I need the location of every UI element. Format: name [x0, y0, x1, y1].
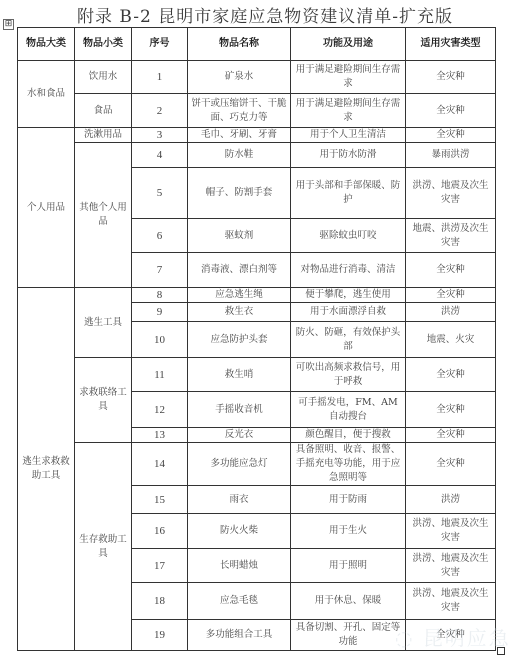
- item-name-cell: 反光衣: [188, 428, 291, 443]
- item-name-cell: 帽子、防割手套: [188, 168, 291, 219]
- hazard-type-cell: 全灾种: [406, 61, 496, 94]
- function-cell: 用于防雨: [291, 486, 406, 514]
- function-cell: 用于生火: [291, 514, 406, 549]
- subcategory-cell: 洗漱用品: [75, 128, 132, 143]
- number-cell: 15: [132, 486, 188, 514]
- number-cell: 5: [132, 168, 188, 219]
- item-name-cell: 长明蜡烛: [188, 549, 291, 583]
- table-row: 食品2饼干或压缩饼干、干脆面、巧克力等用于满足避险期间生存需求全灾种: [18, 94, 496, 128]
- item-name-cell: 手摇收音机: [188, 392, 291, 428]
- subcategory-cell: 食品: [75, 94, 132, 128]
- number-cell: 6: [132, 219, 188, 253]
- function-cell: 用于个人卫生清洁: [291, 128, 406, 143]
- header-subcategory: 物品小类: [75, 28, 132, 61]
- table-row: 逃生求救救助工具逃生工具8应急逃生绳便于攀爬，逃生使用全灾种: [18, 288, 496, 303]
- subcategory-cell: 饮用水: [75, 61, 132, 94]
- subcategory-cell: 生存救助工具: [75, 443, 132, 651]
- header-category: 物品大类: [18, 28, 75, 61]
- item-name-cell: 雨衣: [188, 486, 291, 514]
- hazard-type-cell: 全灾种: [406, 358, 496, 392]
- item-name-cell: 救生衣: [188, 303, 291, 322]
- table-row: 其他个人用品4防水鞋用于防水防滑暴雨洪涝: [18, 143, 496, 168]
- table-row: 生存救助工具14多功能应急灯具备照明、收音、报警、手摇充电等功能，用于应急照明等…: [18, 443, 496, 486]
- hazard-type-cell: 暴雨洪涝: [406, 143, 496, 168]
- item-name-cell: 多功能组合工具: [188, 620, 291, 651]
- number-cell: 1: [132, 61, 188, 94]
- function-cell: 用于水面漂浮自救: [291, 303, 406, 322]
- number-cell: 10: [132, 322, 188, 358]
- emergency-supplies-table: 物品大类 物品小类 序号 物品名称 功能及用途 适用灾害类型 水和食品饮用水1矿…: [17, 27, 496, 651]
- hazard-type-cell: 全灾种: [406, 253, 496, 288]
- function-cell: 防火、防砸，有效保护头部: [291, 322, 406, 358]
- table-row: 个人用品洗漱用品3毛巾、牙刷、牙膏用于个人卫生清洁全灾种: [18, 128, 496, 143]
- hazard-type-cell: 全灾种: [406, 128, 496, 143]
- hazard-type-cell: 全灾种: [406, 288, 496, 303]
- hazard-type-cell: 全灾种: [406, 94, 496, 128]
- table-resize-handle[interactable]: [497, 647, 505, 655]
- number-cell: 19: [132, 620, 188, 651]
- number-cell: 3: [132, 128, 188, 143]
- item-name-cell: 矿泉水: [188, 61, 291, 94]
- number-cell: 18: [132, 583, 188, 620]
- function-cell: 具备照明、收音、报警、手摇充电等功能，用于应急照明等: [291, 443, 406, 486]
- number-cell: 4: [132, 143, 188, 168]
- function-cell: 用于满足避险期间生存需求: [291, 61, 406, 94]
- function-cell: 驱除蚊虫叮咬: [291, 219, 406, 253]
- item-name-cell: 应急逃生绳: [188, 288, 291, 303]
- hazard-type-cell: 全灾种: [406, 428, 496, 443]
- number-cell: 7: [132, 253, 188, 288]
- hazard-type-cell: 地震、洪涝及次生灾害: [406, 219, 496, 253]
- item-name-cell: 毛巾、牙刷、牙膏: [188, 128, 291, 143]
- hazard-type-cell: 洪涝: [406, 486, 496, 514]
- item-name-cell: 多功能应急灯: [188, 443, 291, 486]
- function-cell: 颜色醒目，便于搜救: [291, 428, 406, 443]
- function-cell: 可吹出高频求救信号，用于呼救: [291, 358, 406, 392]
- number-cell: 16: [132, 514, 188, 549]
- hazard-type-cell: 全灾种: [406, 392, 496, 428]
- item-name-cell: 防水鞋: [188, 143, 291, 168]
- number-cell: 8: [132, 288, 188, 303]
- function-cell: 用于防水防滑: [291, 143, 406, 168]
- item-name-cell: 应急毛毯: [188, 583, 291, 620]
- hazard-type-cell: 全灾种: [406, 443, 496, 486]
- number-cell: 12: [132, 392, 188, 428]
- hazard-type-cell: 洪涝: [406, 303, 496, 322]
- number-cell: 14: [132, 443, 188, 486]
- header-function: 功能及用途: [291, 28, 406, 61]
- table-header-row: 物品大类 物品小类 序号 物品名称 功能及用途 适用灾害类型: [18, 28, 496, 61]
- header-hazard-type: 适用灾害类型: [406, 28, 496, 61]
- subcategory-cell: 逃生工具: [75, 288, 132, 358]
- subcategory-cell: 其他个人用品: [75, 143, 132, 288]
- hazard-type-cell: 洪涝、地震及次生灾害: [406, 514, 496, 549]
- category-cell: 个人用品: [18, 128, 75, 288]
- function-cell: 对物品进行消毒、清洁: [291, 253, 406, 288]
- document-title: 附录 B-2 昆明市家庭应急物资建议清单-扩充版: [0, 2, 530, 27]
- function-cell: 用于头部和手部保暖、防护: [291, 168, 406, 219]
- table-move-handle-icon[interactable]: ⊞: [3, 19, 14, 30]
- function-cell: 具备切割、开孔、固定等功能: [291, 620, 406, 651]
- hazard-type-cell: 洪涝、地震及次生灾害: [406, 583, 496, 620]
- item-name-cell: 救生哨: [188, 358, 291, 392]
- item-name-cell: 防火火柴: [188, 514, 291, 549]
- header-item-name: 物品名称: [188, 28, 291, 61]
- hazard-type-cell: 洪涝、地震及次生灾害: [406, 549, 496, 583]
- hazard-type-cell: 地震、火灾: [406, 322, 496, 358]
- function-cell: 用于满足避险期间生存需求: [291, 94, 406, 128]
- header-number: 序号: [132, 28, 188, 61]
- item-name-cell: 应急防护头套: [188, 322, 291, 358]
- function-cell: 用于休息、保暖: [291, 583, 406, 620]
- category-cell: 水和食品: [18, 61, 75, 128]
- function-cell: 便于攀爬，逃生使用: [291, 288, 406, 303]
- item-name-cell: 饼干或压缩饼干、干脆面、巧克力等: [188, 94, 291, 128]
- function-cell: 可手摇发电，FM、AM自动搜台: [291, 392, 406, 428]
- watermark: ◌ 昆明应急: [395, 622, 511, 651]
- table-row: 求救联络工具11救生哨可吹出高频求救信号，用于呼救全灾种: [18, 358, 496, 392]
- number-cell: 11: [132, 358, 188, 392]
- number-cell: 17: [132, 549, 188, 583]
- hazard-type-cell: 洪涝、地震及次生灾害: [406, 168, 496, 219]
- number-cell: 2: [132, 94, 188, 128]
- item-name-cell: 驱蚊剂: [188, 219, 291, 253]
- number-cell: 9: [132, 303, 188, 322]
- function-cell: 用于照明: [291, 549, 406, 583]
- number-cell: 13: [132, 428, 188, 443]
- subcategory-cell: 求救联络工具: [75, 358, 132, 443]
- item-name-cell: 消毒液、漂白剂等: [188, 253, 291, 288]
- category-cell: 逃生求救救助工具: [18, 288, 75, 651]
- table-row: 水和食品饮用水1矿泉水用于满足避险期间生存需求全灾种: [18, 61, 496, 94]
